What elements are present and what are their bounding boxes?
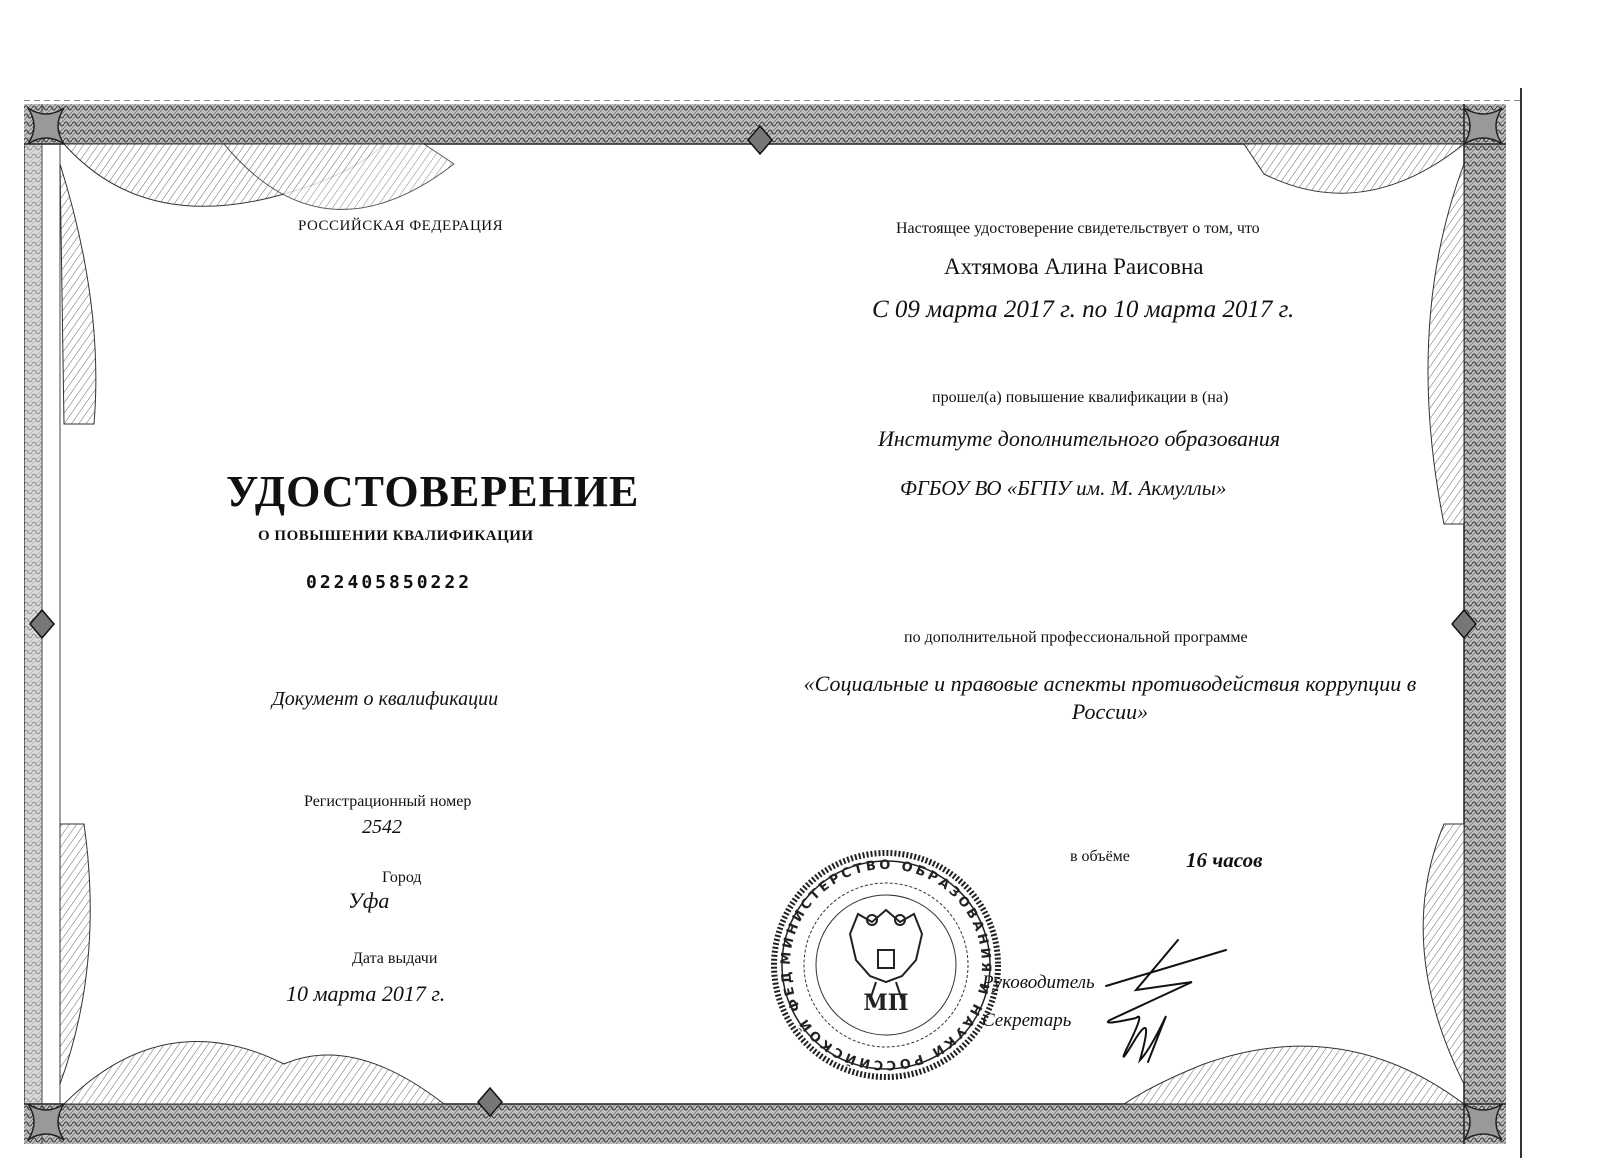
- volume-label: в объёме: [1070, 848, 1130, 866]
- ornament-frame-icon: [24, 104, 1506, 1144]
- passed-text: прошел(а) повышение квалификации в (на): [932, 389, 1228, 407]
- certification-intro: Настоящее удостоверение свидетельствует …: [896, 220, 1260, 238]
- issue-date-value: 10 марта 2017 г.: [286, 981, 445, 1007]
- registration-label: Регистрационный номер: [304, 793, 471, 811]
- scan-edge-top: [24, 100, 1524, 101]
- city-label: Город: [382, 869, 422, 887]
- handwritten-signature-icon: [1096, 930, 1236, 1070]
- coat-of-arms-eagle-icon: МИНИСТЕРСТВО ОБРАЗОВАНИЯ И НАУКИ РОССИЙС…: [766, 850, 1006, 1080]
- institute-name-line1: Институте дополнительного образования: [878, 426, 1280, 452]
- institute-name-line2: ФГБОУ ВО «БГПУ им. М. Акмуллы»: [900, 476, 1226, 501]
- country-heading: РОССИЙСКАЯ ФЕДЕРАЦИЯ: [298, 218, 503, 235]
- document-type: Документ о квалификации: [272, 688, 498, 711]
- program-name: «Социальные и правовые аспекты противоде…: [780, 670, 1440, 726]
- stamp-center-text: МП: [863, 990, 908, 1016]
- serial-number: 022405850222: [306, 572, 472, 593]
- certificate-subtitle: О ПОВЫШЕНИИ КВАЛИФИКАЦИИ: [258, 528, 534, 545]
- registration-number: 2542: [362, 816, 402, 839]
- city-value: Уфа: [348, 888, 389, 914]
- program-intro: по дополнительной профессиональной прогр…: [904, 629, 1248, 647]
- volume-value: 16 часов: [1186, 848, 1262, 873]
- training-period: С 09 марта 2017 г. по 10 марта 2017 г.: [872, 296, 1294, 324]
- holder-name: Ахтямова Алина Раисовна: [944, 254, 1204, 280]
- official-stamp: МИНИСТЕРСТВО ОБРАЗОВАНИЯ И НАУКИ РОССИЙС…: [766, 850, 1006, 1080]
- certificate-title: УДОСТОВЕРЕНИЕ: [226, 466, 639, 517]
- ornamental-border: [24, 104, 1506, 1144]
- scan-edge-right: [1520, 88, 1522, 1158]
- issue-date-label: Дата выдачи: [352, 950, 437, 968]
